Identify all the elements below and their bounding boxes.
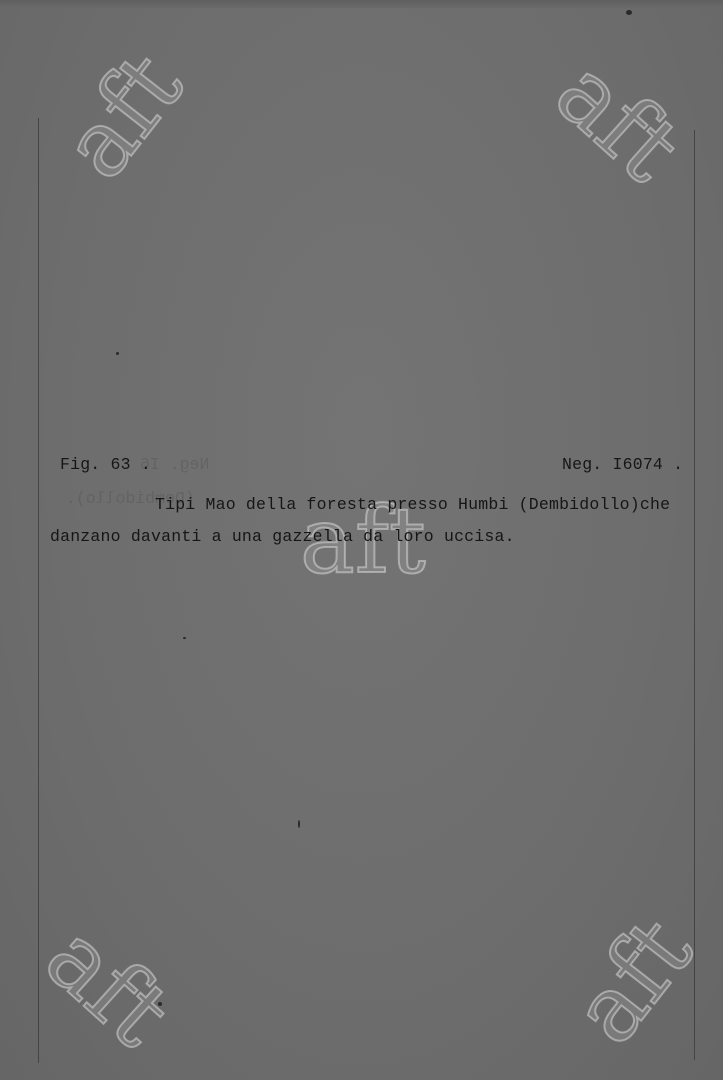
page-top-edge: [0, 0, 723, 8]
negative-number: Neg. I6074 .: [562, 455, 683, 474]
ink-speck: [298, 820, 300, 828]
ink-speck: [626, 10, 632, 15]
watermark-top-left: aft: [48, 38, 198, 194]
ink-speck: [116, 352, 119, 355]
figure-label: Fig. 63 .: [60, 455, 151, 474]
watermark-bottom-left: aft: [30, 910, 185, 1063]
left-border-line: [38, 118, 39, 1063]
watermark-bottom-right: aft: [558, 903, 708, 1059]
right-border-line: [694, 130, 695, 1060]
caption-line-1: Tipi Mao della foresta presso Humbi (Dem…: [155, 495, 670, 514]
watermark-top-right: aft: [540, 45, 695, 198]
document-page: (Dembidollo). Neg. I6 aft aft aft aft af…: [0, 0, 723, 1080]
ink-speck: [183, 637, 186, 639]
caption-line-2: danzano davanti a una gazzella da loro u…: [50, 527, 515, 546]
